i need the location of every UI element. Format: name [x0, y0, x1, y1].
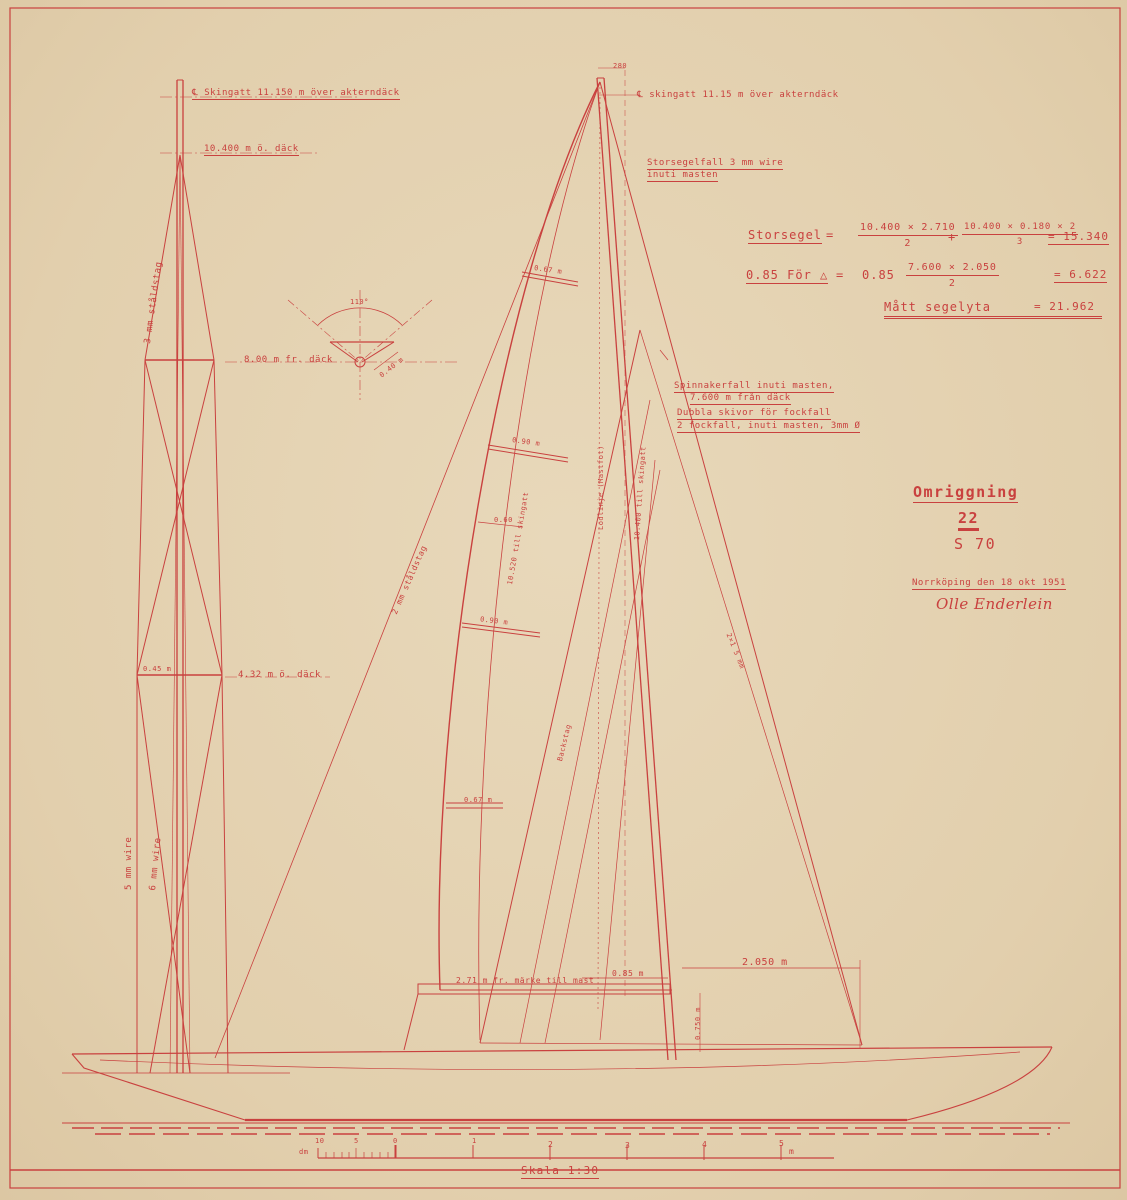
side-top-label: ℄ skingatt 11.15 m över akterndäck [637, 90, 839, 100]
scale-title: Skala 1:30 [521, 1164, 599, 1179]
foretriangle-fraction: 7.600 × 2.050 2 [906, 262, 999, 289]
spreader-angle-label: 110° [350, 298, 369, 306]
main-halyard-note-1: Storsegelfall 3 mm wire [647, 158, 783, 170]
spinnaker-note-2: 7.600 m från däck [690, 393, 791, 405]
foretriangle-calc-label: 0.85 För △ [746, 268, 828, 284]
scale-tick-0: 0 [393, 1137, 398, 1145]
boom-height-label: 0.750 m [694, 1007, 702, 1040]
forestay-height-label: 10.400 m ö. däck [204, 144, 299, 156]
scale-tick-5m: 5 [779, 1139, 784, 1148]
jib-halyard-note-1: Dubbla skivor för fockfall [677, 408, 831, 420]
drawing-title: Omriggning [913, 483, 1018, 503]
mainsail-term1: 10.400 × 2.710 2 [858, 222, 958, 249]
scale-tick-10dm: 10 [315, 1137, 324, 1145]
masthead-offset-label: 280 [613, 62, 627, 70]
place-date: Norrköping den 18 okt 1951 [912, 578, 1066, 590]
designer-signature: Olle Enderlein [936, 595, 1053, 613]
scale-unit-dm: dm [299, 1148, 308, 1156]
foretriangle-factor: 0.85 [862, 268, 895, 282]
hull-profile [62, 1047, 1070, 1134]
scale-bar [318, 1145, 834, 1160]
lower-spreader-label: 4.32 m ö. däck [238, 670, 321, 680]
scale-tick-5dm: 5 [354, 1137, 359, 1145]
batten-3-label: 0.60 [494, 516, 513, 524]
wire-5mm-label: 5 mm wire [124, 837, 134, 890]
drawing-sheet: ℄ Skingatt 11.150 m över akterndäck 10.4… [0, 0, 1127, 1200]
spreader-width-label: 0.45 m [143, 665, 171, 673]
vertical-line-label: Lodlinje (Mastfot) [597, 445, 605, 530]
main-halyard-note-2: inuti masten [647, 170, 718, 182]
foretriangle-result: = 6.622 [1054, 268, 1107, 283]
scale-tick-1m: 1 [472, 1137, 477, 1145]
mainsail-eq: = [826, 228, 834, 242]
upper-spreader-label: 8.00 m fr. däck [244, 355, 333, 365]
boat-number: 22 [958, 509, 979, 531]
scale-tick-2m: 2 [548, 1140, 553, 1149]
spreader-detail-diagram [288, 290, 432, 400]
foretriangle-eq: = [836, 268, 844, 282]
batten-5-label: 0.67 m [464, 796, 492, 804]
mainsail-result: = 15.340 [1048, 230, 1109, 245]
mainsail-calc-label: Storsegel [748, 228, 822, 244]
spinnaker-note-1: Spinnakerfall inuti masten, [674, 381, 834, 393]
jib-halyard-note-2: 2 fockfall, inuti masten, 3mm Ø [677, 421, 860, 433]
foot-base-label: 2.050 m [742, 957, 788, 968]
total-sail-area-result: = 21.962 [1034, 300, 1095, 313]
scale-unit-m: m [789, 1147, 794, 1156]
scale-tick-4m: 4 [702, 1140, 707, 1149]
sail-number: S 70 [954, 535, 996, 553]
scale-tick-3m: 3 [625, 1141, 630, 1150]
mast-top-label: ℄ Skingatt 11.150 m över akterndäck [192, 88, 400, 100]
boom-label: 2.71 m fr. märke till mast [456, 976, 594, 985]
mast-to-sail-label: 0.85 m [612, 969, 644, 978]
mainsail-plus: + [948, 230, 956, 244]
